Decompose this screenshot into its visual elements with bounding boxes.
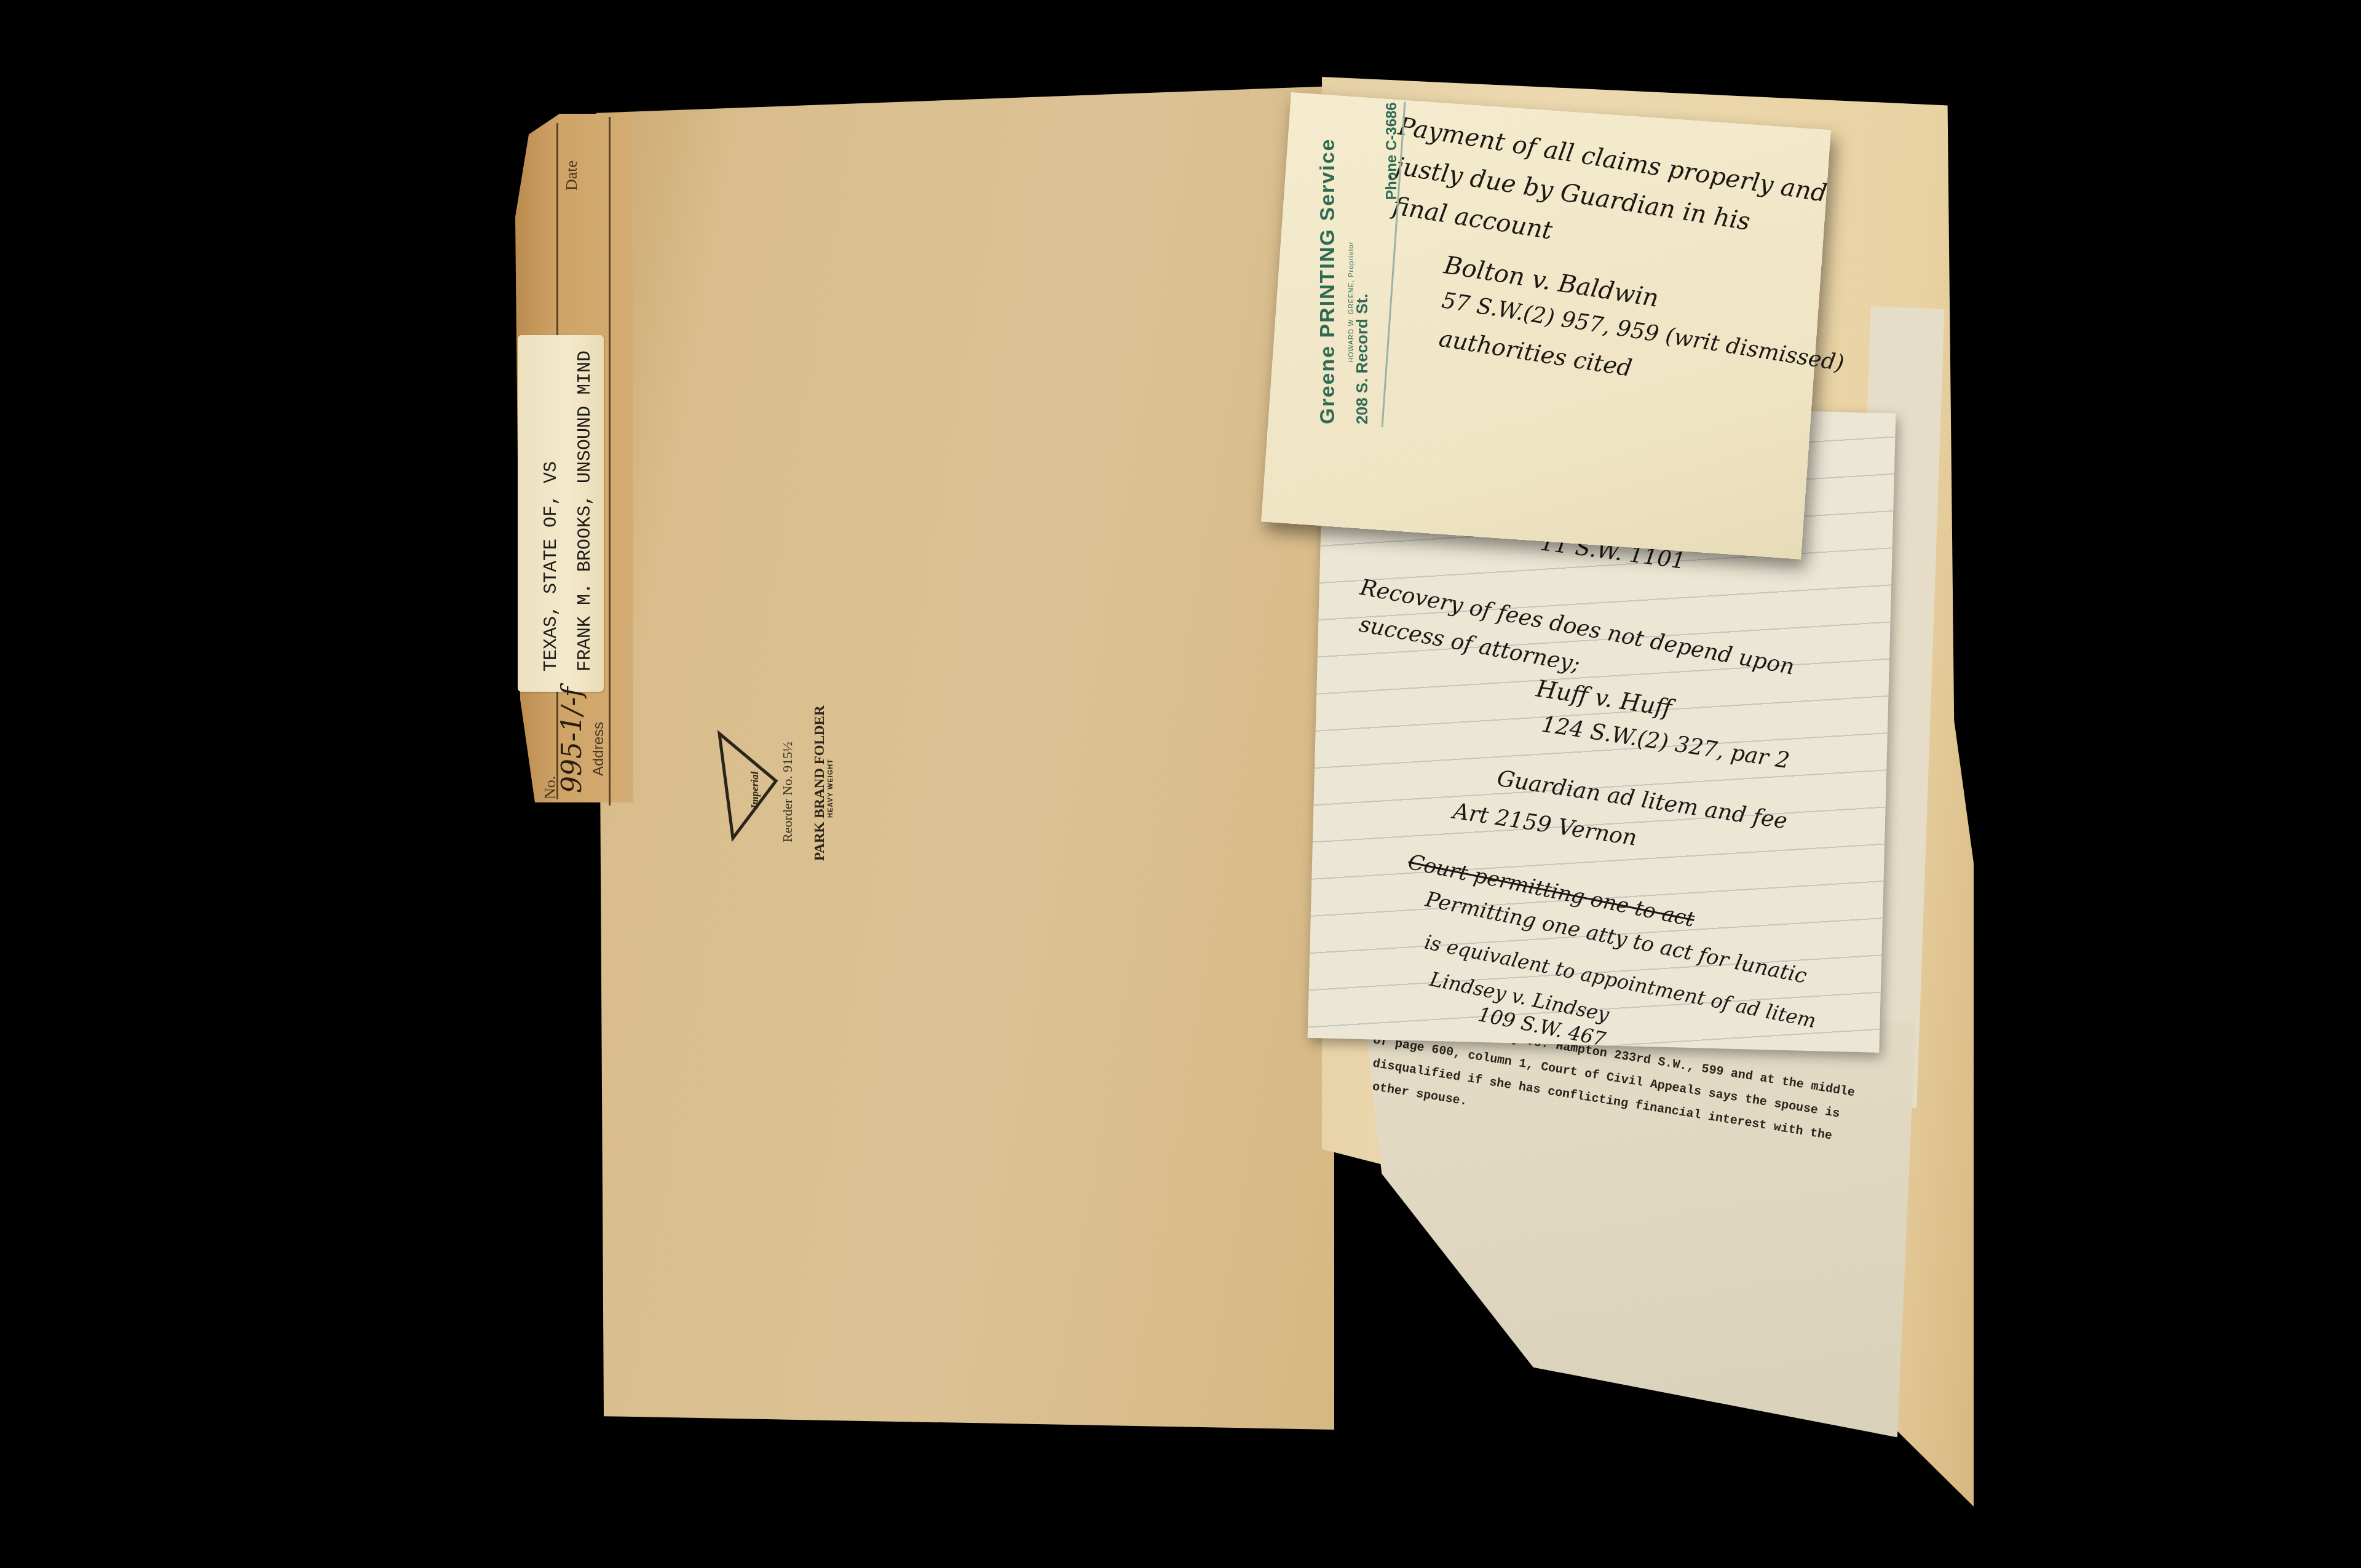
folder-left-panel xyxy=(596,86,1334,1430)
brand-name: PARK BRAND FOLDER xyxy=(812,705,828,861)
case-label-title: TEXAS, STATE OF, VS xyxy=(541,461,562,671)
case-label-subject: FRANK M. BROOKS, UNSOUND MIND xyxy=(575,350,596,671)
letterhead-address: 208 S. Record St. xyxy=(1353,294,1372,424)
reorder-number: Reorder No. 915½ xyxy=(780,742,796,842)
typed-sheet: In the case of Penny vs. Hampton 233rd S… xyxy=(1355,1004,1916,1438)
imperial-logo-text: Imperial xyxy=(749,772,761,809)
letterhead-phone: Phone C-3686 xyxy=(1383,102,1401,200)
tab-no-value: 995-1/-f xyxy=(556,687,588,793)
tab-address-label: Address xyxy=(590,722,607,776)
typed-line: other spouse. xyxy=(1371,1080,1468,1109)
letterhead-company: Greene PRINTING Service xyxy=(1316,138,1340,424)
weight-label: HEAVY WEIGHT xyxy=(827,759,834,818)
tab-rule-line xyxy=(609,117,611,806)
memo-notepad-sheet: Payment of all claims properly and justl… xyxy=(1261,92,1831,560)
imperial-triangle-logo-icon xyxy=(714,729,782,842)
tab-date-label: Date xyxy=(563,160,581,191)
